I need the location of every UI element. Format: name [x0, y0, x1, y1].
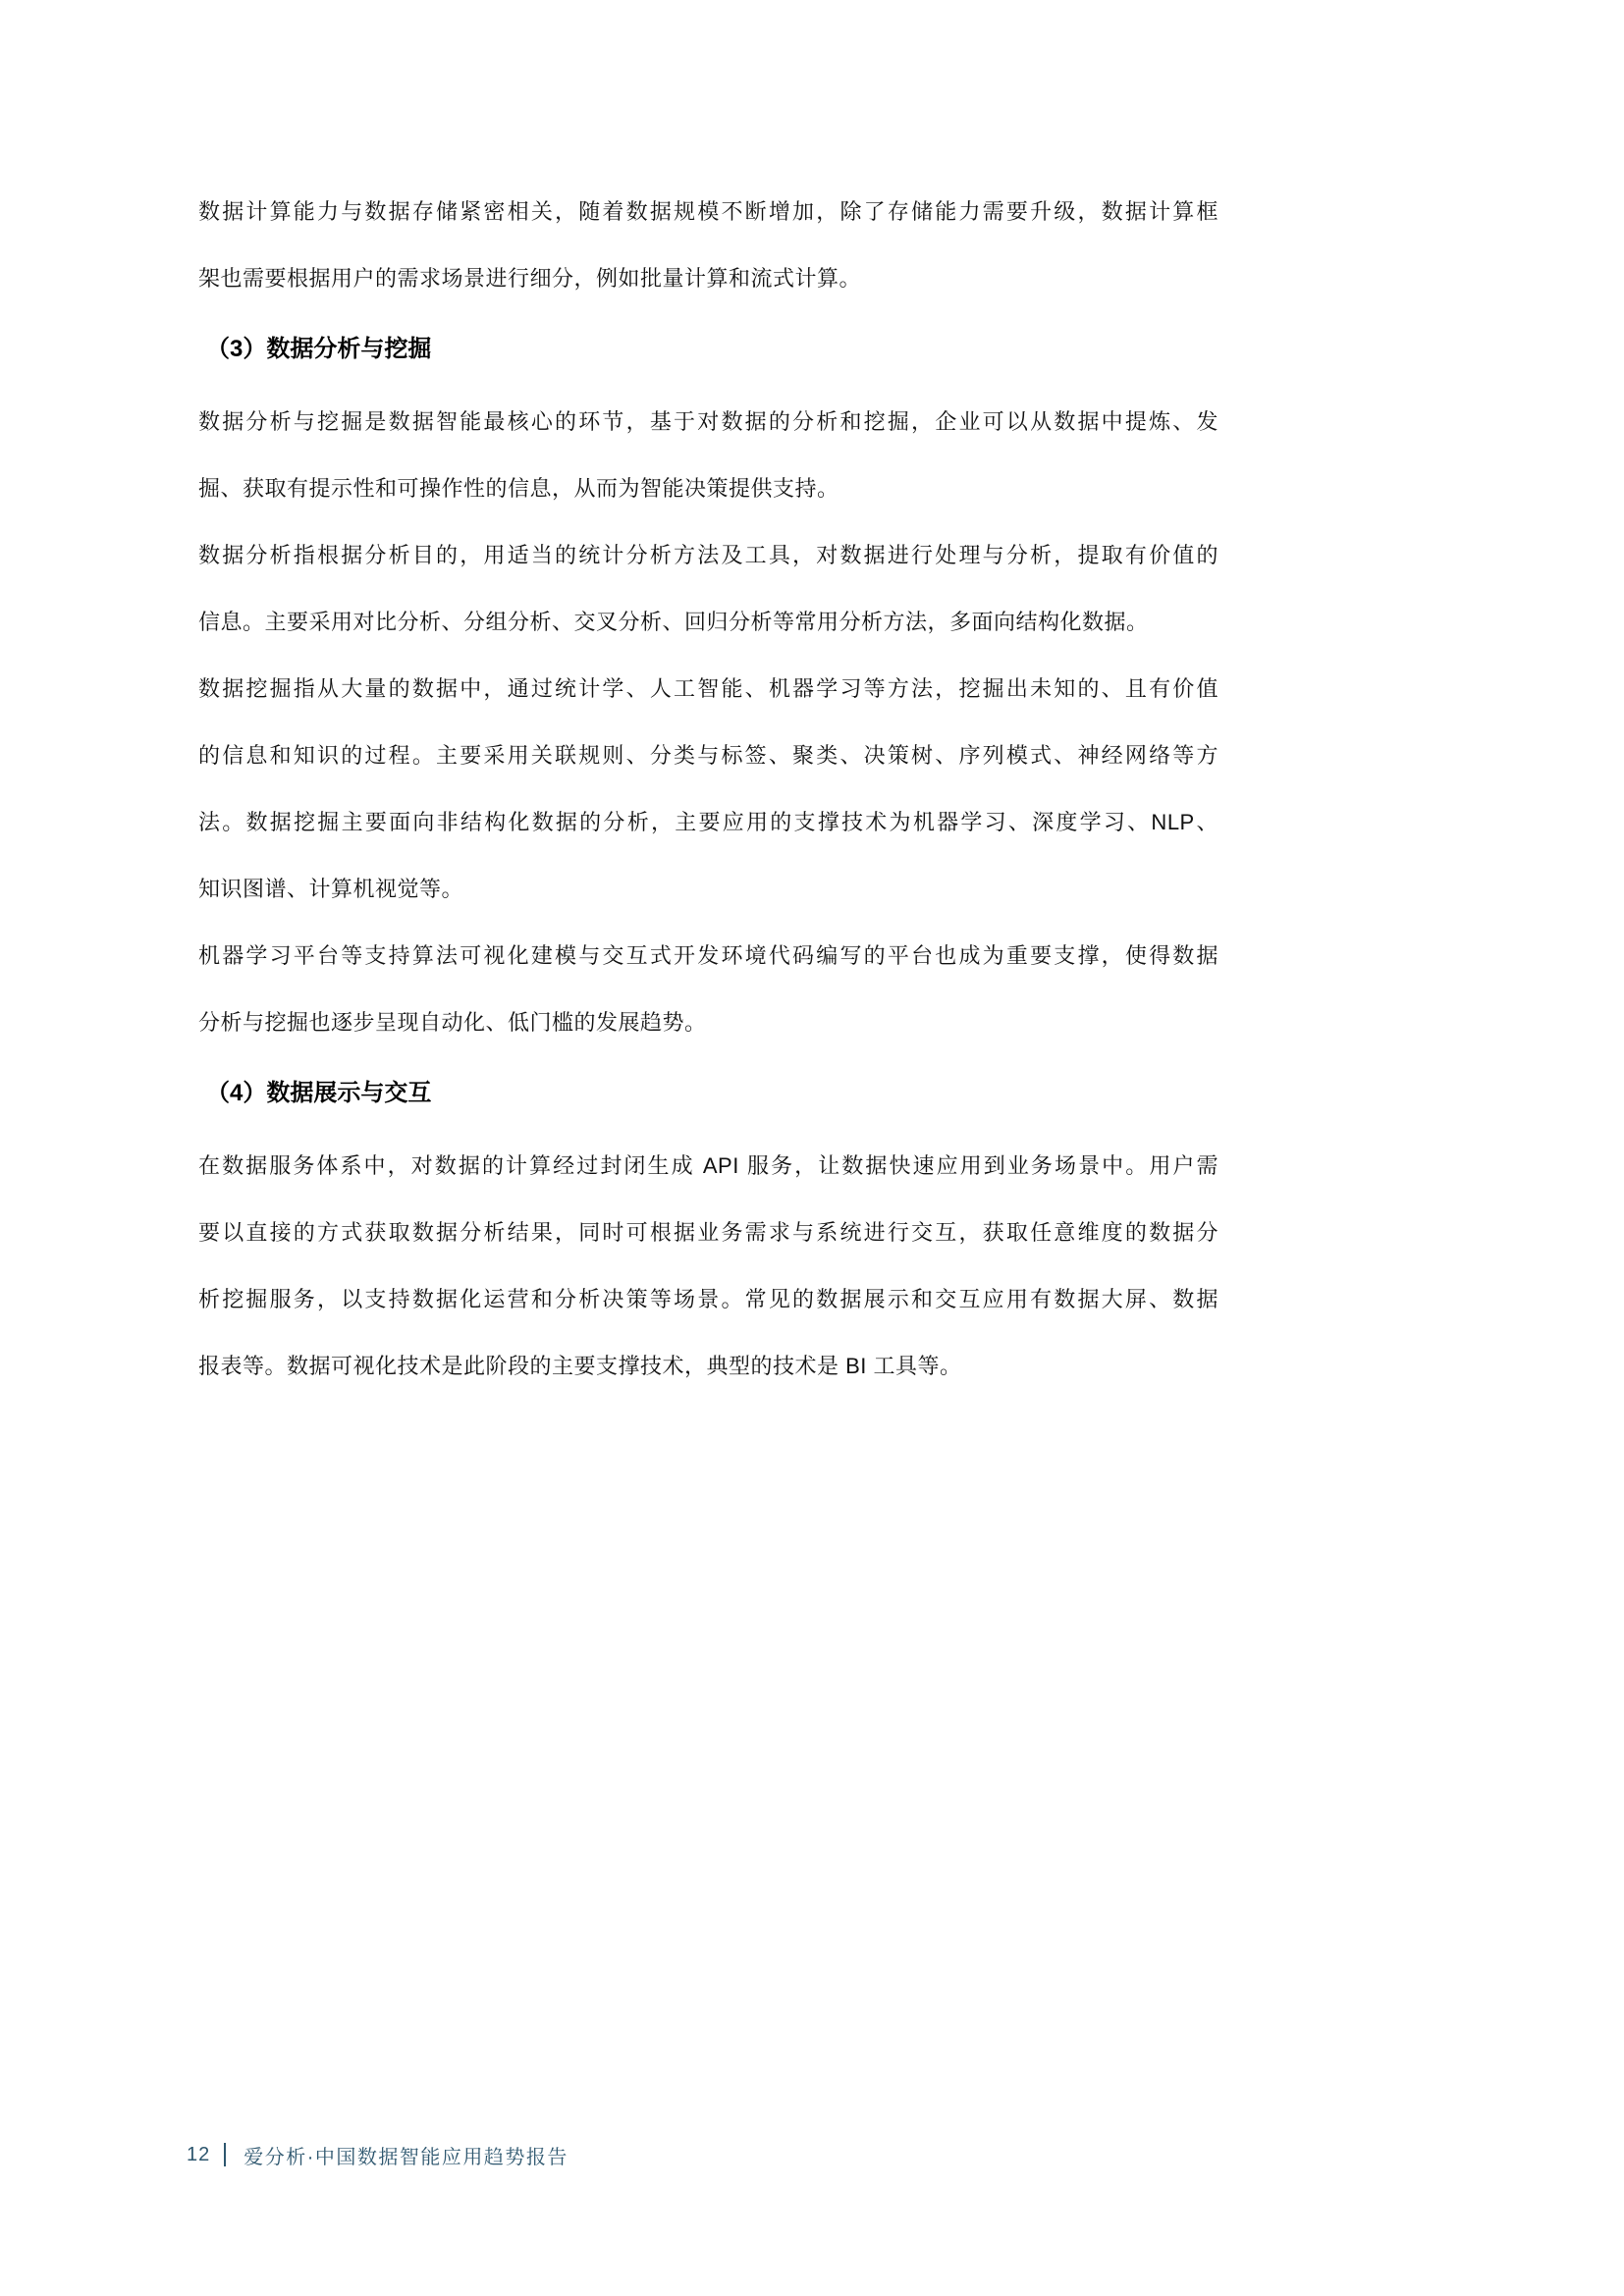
body-paragraph: 数据计算能力与数据存储紧密相关，随着数据规模不断增加，除了存储能力需要升级，数据… — [198, 179, 1218, 312]
paragraph-line: 析挖掘服务，以支持数据化运营和分析决策等场景。常见的数据展示和交互应用有数据大屏… — [198, 1266, 1218, 1333]
body-paragraph: 数据挖掘指从大量的数据中，通过统计学、人工智能、机器学习等方法，挖掘出未知的、且… — [198, 656, 1218, 923]
paragraph-line: 数据计算能力与数据存储紧密相关，随着数据规模不断增加，除了存储能力需要升级，数据… — [198, 179, 1218, 245]
body-paragraph: 数据分析与挖掘是数据智能最核心的环节，基于对数据的分析和挖掘，企业可以从数据中提… — [198, 389, 1218, 522]
section-heading: （4）数据展示与交互 — [206, 1060, 1218, 1127]
paragraph-line: 机器学习平台等支持算法可视化建模与交互式开发环境代码编写的平台也成为重要支撑，使… — [198, 923, 1218, 989]
paragraph-line: 数据分析指根据分析目的，用适当的统计分析方法及工具，对数据进行处理与分析，提取有… — [198, 522, 1218, 589]
paragraph-line: 数据挖掘指从大量的数据中，通过统计学、人工智能、机器学习等方法，挖掘出未知的、且… — [198, 656, 1218, 722]
section-heading: （3）数据分析与挖掘 — [206, 316, 1218, 383]
paragraph-line: 信息。主要采用对比分析、分组分析、交叉分析、回归分析等常用分析方法，多面向结构化… — [198, 589, 1218, 656]
body-paragraph: 数据分析指根据分析目的，用适当的统计分析方法及工具，对数据进行处理与分析，提取有… — [198, 522, 1218, 656]
paragraph-line: 数据分析与挖掘是数据智能最核心的环节，基于对数据的分析和挖掘，企业可以从数据中提… — [198, 389, 1218, 455]
footer-divider — [224, 2143, 226, 2166]
paragraph-line: 分析与挖掘也逐步呈现自动化、低门槛的发展趋势。 — [198, 989, 1218, 1056]
paragraph-line: 架也需要根据用户的需求场景进行细分，例如批量计算和流式计算。 — [198, 245, 1218, 312]
paragraph-line: 知识图谱、计算机视觉等。 — [198, 856, 1218, 923]
footer-page-number: 12 — [187, 2144, 210, 2166]
paragraph-line: 的信息和知识的过程。主要采用关联规则、分类与标签、聚类、决策树、序列模式、神经网… — [198, 722, 1218, 789]
paragraph-line: 报表等。数据可视化技术是此阶段的主要支撑技术，典型的技术是 BI 工具等。 — [198, 1333, 1218, 1400]
paragraph-line: 法。数据挖掘主要面向非结构化数据的分析，主要应用的支撑技术为机器学习、深度学习、… — [198, 789, 1218, 856]
page-body-text: 数据计算能力与数据存储紧密相关，随着数据规模不断增加，除了存储能力需要升级，数据… — [198, 179, 1218, 1400]
paragraph-line: 要以直接的方式获取数据分析结果，同时可根据业务需求与系统进行交互，获取任意维度的… — [198, 1200, 1218, 1266]
footer-report-title: 爱分析·中国数据智能应用趋势报告 — [244, 2141, 568, 2169]
paragraph-line: 在数据服务体系中，对数据的计算经过封闭生成 API 服务，让数据快速应用到业务场… — [198, 1133, 1218, 1200]
document-page: 数据计算能力与数据存储紧密相关，随着数据规模不断增加，除了存储能力需要升级，数据… — [0, 0, 1624, 2296]
body-paragraph: 机器学习平台等支持算法可视化建模与交互式开发环境代码编写的平台也成为重要支撑，使… — [198, 923, 1218, 1056]
paragraph-line: 掘、获取有提示性和可操作性的信息，从而为智能决策提供支持。 — [198, 455, 1218, 522]
body-paragraph: 在数据服务体系中，对数据的计算经过封闭生成 API 服务，让数据快速应用到业务场… — [198, 1133, 1218, 1400]
page-footer: 12 爱分析·中国数据智能应用趋势报告 — [187, 2140, 568, 2169]
